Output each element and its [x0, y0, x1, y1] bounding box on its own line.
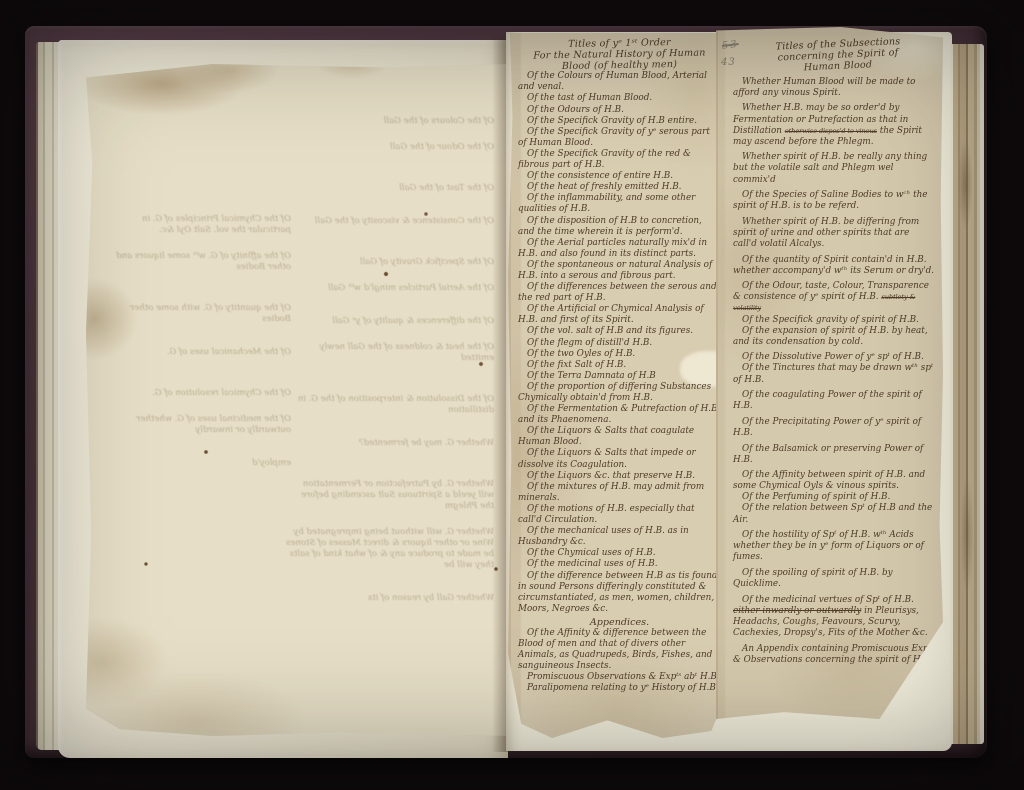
manuscript-text-segment: Appendices. [590, 617, 649, 628]
manuscript-line: Paralipomena relating to yᵉ History of H… [518, 683, 721, 694]
manuscript-text-segment: Of the Colours of Human Blood, Arterial … [518, 71, 707, 92]
manuscript-text-segment: Of the relation between Spᵗ of H.B and t… [733, 503, 932, 524]
manuscript-text-segment: Whether Human Blood will be made to affo… [733, 77, 915, 98]
manuscript-line: Whether spirit of H.B. be really any thi… [733, 152, 935, 185]
manuscript-text-segment: Paralipomena relating to yᵉ History of H… [527, 683, 719, 693]
manuscript-line: Of the differences between the serous an… [518, 282, 721, 304]
showthrough-line: Of the Specifick Gravity of Gall [286, 257, 494, 268]
manuscript-panel-left: Titles of yᵉ 1ˢᵗ Order For the Natural H… [508, 33, 729, 738]
manuscript-text-segment: Of the Species of Saline Bodies to wᶜʰ t… [733, 190, 928, 211]
showthrough-line: Of the quantity of G. with some other Bo… [102, 303, 291, 325]
manuscript-line: Of the flegm of distill'd H.B. [518, 338, 721, 349]
manuscript-line: Of the spoiling of spirit of H.B. by Qui… [733, 568, 935, 590]
manuscript-line: Of the Specifick Gravity of the red & fi… [518, 149, 721, 171]
manuscript-line: Of the expansion of spirit of H.B. by he… [733, 326, 935, 348]
showthrough-line: Of the Mechanical uses of G. [114, 347, 291, 358]
manuscript-line: Of the consistence of entire H.B. [518, 171, 721, 182]
manuscript-line: Of the Specifick Gravity of yᵉ serous pa… [518, 127, 721, 149]
manuscript-line: Of the difference between H.B as tis fou… [518, 571, 721, 615]
manuscript-text-segment: Whether spirit of H.B. be differing from… [733, 217, 919, 249]
manuscript-text-segment: Of the Liquors & Salts that impede or di… [518, 448, 696, 469]
manuscript-line: Of the Affinity & difference between the… [518, 628, 721, 672]
manuscript-text-segment: Of the Balsamick or preserving Power of … [733, 444, 923, 465]
manuscript-line: Of the hostility of Spᵗ of H.B. wᵗʰ Acid… [733, 530, 935, 563]
manuscript-line: Of the Specifick Gravity of H.B entire. [518, 116, 721, 127]
manuscript-line: Of the Odours of H.B. [518, 105, 721, 116]
manuscript-line: Of the Precipitating Power of yᵉ spirit … [733, 417, 935, 439]
manuscript-text-segment: Of the motions of H.B. especially that c… [518, 504, 695, 525]
manuscript-text-segment: Blood (of healthy men) [562, 59, 677, 72]
manuscript-text-segment: Of the Liquors &c. that preserve H.B. [527, 471, 695, 481]
manuscript-line: Of the proportion of differing Substance… [518, 382, 721, 404]
showthrough-line: Of the heat & coldness of the Gall newly… [294, 342, 494, 364]
manuscript-text-segment: Human Blood [803, 60, 872, 74]
manuscript-line: Appendices. [518, 617, 721, 628]
page-edges-right [950, 44, 984, 744]
showthrough-line: Whether G. may be fermented? [294, 438, 494, 449]
manuscript-line: Of the two Oyles of H.B. [518, 349, 721, 360]
showthrough-line: Of the Dissolution & interposition of th… [282, 394, 494, 416]
manuscript-text-segment: Whether spirit of H.B. be really any thi… [733, 152, 927, 184]
manuscript-text-segment: Of the Specifick Gravity of the red & fi… [518, 149, 691, 170]
manuscript-line: Of the Liquors &c. that preserve H.B. [518, 471, 721, 482]
manuscript-text-segment: Of the fixt Salt of H.B. [527, 360, 626, 370]
manuscript-line: Of the Odour, taste, Colour, Transparenc… [733, 281, 935, 314]
manuscript-line: Of the spontaneous or natural Analysis o… [518, 260, 721, 282]
manuscript-line: Of the fixt Salt of H.B. [518, 360, 721, 371]
manuscript-text-segment: either inwardly or outwardly [733, 606, 861, 616]
showthrough-line: Of the Chymical Principles of G. in part… [106, 214, 291, 236]
showthrough-line: Of the Aerial Particles mingl'd wᵗʰ Gall [282, 283, 494, 294]
manuscript-text-segment: Of the Precipitating Power of yᵉ spirit … [733, 417, 921, 438]
manuscript-line: An Appendix containing Promiscuous Expᵗˢ… [733, 644, 935, 666]
left-page-pasted-sheet: Of the Chymical Principles of G. in part… [86, 64, 508, 736]
manuscript-line: Of the relation between Spᵗ of H.B and t… [733, 503, 935, 525]
manuscript-line: Of the Liquors & Salts that coagulate Hu… [518, 426, 721, 448]
manuscript-text-segment: Of the Affinity between spirit of H.B. a… [733, 470, 925, 491]
manuscript-text-segment: otherwise dispos'd to vinous [785, 127, 877, 135]
manuscript-line: Of the Chymical uses of H.B. [518, 548, 721, 559]
manuscript-text-segment: Of the differences between the serous an… [518, 282, 717, 303]
manuscript-line: Whether spirit of H.B. be differing from… [733, 217, 935, 250]
manuscript-line: Of the Colours of Human Blood, Arterial … [518, 71, 721, 93]
showthrough-text-inner: Of the Colours of the Gall Of the Odour … [286, 116, 494, 619]
manuscript-text-segment: Of the inflammability, and some other qu… [518, 193, 695, 214]
showthrough-line: Of the Odour of the Gall [294, 142, 494, 153]
showthrough-line: Whether Gall by reason of its [286, 593, 494, 604]
showthrough-line: Of the Chymical resolution of G. [106, 388, 291, 399]
manuscript-text-segment: Of the coagulating Power of the spirit o… [733, 390, 922, 411]
manuscript-text-segment: Of the Odours of H.B. [527, 105, 624, 115]
manuscript-text-segment: Of the proportion of differing Substance… [518, 382, 711, 403]
manuscript-text-segment: Of the spontaneous or natural Analysis o… [518, 260, 712, 281]
showthrough-line: Of the Consistence & viscosity of the Ga… [294, 216, 494, 227]
manuscript-line: Of the Terra Damnata of H.B [518, 371, 721, 382]
manuscript-text-segment: Of the disposition of H.B to concretion,… [518, 216, 702, 237]
manuscript-line: Of the Specifick gravity of spirit of H.… [733, 315, 935, 326]
manuscript-line: Of the Fermentation & Putrefaction of H.… [518, 404, 721, 426]
manuscript-line: Of the Balsamick or preserving Power of … [733, 444, 935, 466]
manuscript-line: Of the motions of H.B. especially that c… [518, 504, 721, 526]
manuscript-line: Of the Dissolutive Power of yᵉ spᵗ of H.… [733, 352, 935, 363]
manuscript-text-segment: Of the Dissolutive Power of yᵉ spᵗ of H.… [742, 352, 924, 362]
manuscript-text-segment: Of the Fermentation & Putrefaction of H.… [518, 404, 720, 425]
manuscript-line: Promiscuous Observations & Expᵗˢ abᵗ H.B… [518, 672, 721, 683]
manuscript-text-segment: Of the heat of freshly emitted H.B. [527, 182, 681, 192]
manuscript-line: Of the tast of Human Blood. [518, 93, 721, 104]
manuscript-line: Of the heat of freshly emitted H.B. [518, 182, 721, 193]
manuscript-line: Of the disposition of H.B to concretion,… [518, 216, 721, 238]
manuscript-line: Whether H.B. may be so order'd by Fermen… [733, 103, 935, 147]
manuscript-text-segment: Of the quantity of Spirit contain'd in H… [733, 255, 934, 276]
manuscript-text-segment: Of the difference between H.B as tis fou… [518, 571, 718, 614]
manuscript-text-segment: Of the Artificial or Chymical Analysis o… [518, 304, 704, 325]
manuscript-text-segment: Of the Liquors & Salts that coagulate Hu… [518, 426, 694, 447]
manuscript-text-segment: Of the spoiling of spirit of H.B. by Qui… [733, 568, 893, 589]
manuscript-line: Of the medicinal vertues of Spᵗ of H.B. … [733, 595, 935, 639]
manuscript-line: Of the quantity of Spirit contain'd in H… [733, 255, 935, 277]
manuscript-text-segment: Of the Chymical uses of H.B. [527, 548, 656, 558]
showthrough-text-outer: Of the Chymical Principles of G. in part… [106, 214, 291, 484]
manuscript-text-segment: Of the two Oyles of H.B. [527, 349, 635, 359]
manuscript-text-segment: Of the hostility of Spᵗ of H.B. wᵗʰ Acid… [733, 530, 924, 562]
showthrough-line: Of the Tast of the Gall [282, 183, 494, 194]
right-column-titles-subsections: Titles of the Subsections concerning the… [733, 39, 935, 666]
manuscript-line: Of the Aerial particles naturally mix'd … [518, 238, 721, 260]
manuscript-line: Of the Species of Saline Bodies to wᶜʰ t… [733, 190, 935, 212]
manuscript-text-segment: Of the expansion of spirit of H.B. by he… [733, 326, 928, 347]
manuscript-line: Whether Human Blood will be made to affo… [733, 77, 935, 99]
manuscript-text-segment: Of the mixtures of H.B. may admit from m… [518, 482, 704, 503]
manuscript-line: Of the inflammability, and some other qu… [518, 193, 721, 215]
manuscript-line: Of the mechanical uses of H.B. as in Hus… [518, 526, 721, 548]
manuscript-panel-right: Titles of the Subsections concerning the… [716, 27, 943, 719]
manuscript-line: Of the Perfuming of spirit of H.B. [733, 492, 935, 503]
struck-page-number: 53 [721, 39, 739, 52]
manuscript-line: Of the Artificial or Chymical Analysis o… [518, 304, 721, 326]
showthrough-line: Of the medicinal uses of G. whether outw… [102, 414, 291, 436]
manuscript-text-segment: Of the Affinity & difference between the… [518, 628, 712, 671]
manuscript-line: Of the mixtures of H.B. may admit from m… [518, 482, 721, 504]
photograph-of-open-manuscript-volume: Of the Chymical Principles of G. in part… [0, 0, 1024, 790]
manuscript-text-segment: Of the Specifick Gravity of H.B entire. [527, 116, 697, 126]
manuscript-text-segment: Of the vol. salt of H.B and its figures. [527, 326, 693, 336]
manuscript-text-segment: Of the flegm of distill'd H.B. [527, 338, 652, 348]
manuscript-text-segment: Of the Aerial particles naturally mix'd … [518, 238, 707, 259]
manuscript-text-segment: Of the Tinctures that may be drawn wᵗʰ s… [733, 363, 933, 384]
manuscript-text-segment: Of the Specifick gravity of spirit of H.… [742, 315, 919, 325]
showthrough-line: Whether G. will without being impregnate… [282, 527, 494, 571]
showthrough-line: Whether G. by Putrefaction or Fermentati… [286, 479, 494, 512]
manuscript-text-segment: Of the Specifick Gravity of yᵉ serous pa… [518, 127, 710, 148]
manuscript-text-segment: Promiscuous Observations & Expᵗˢ abᵗ H.B… [527, 672, 720, 682]
manuscript-text-segment: Of the tast of Human Blood. [527, 93, 652, 103]
manuscript-line: Of the Affinity between spirit of H.B. a… [733, 470, 935, 492]
folio-page-number: 43 [721, 57, 736, 68]
showthrough-line: Of the Colours of the Gall [286, 116, 494, 127]
showthrough-line: Of the differences & quality of yᵉ Gall [286, 316, 494, 327]
showthrough-line: employ'd [106, 458, 291, 469]
manuscript-line: Of the Tinctures that may be drawn wᵗʰ s… [733, 363, 935, 385]
manuscript-line: Of the Liquors & Salts that impede or di… [518, 448, 721, 470]
showthrough-line: Of the affinity of G. wᵗʰ some liquors a… [114, 251, 291, 273]
manuscript-text-segment: An Appendix containing Promiscuous Expᵗˢ… [733, 644, 934, 665]
manuscript-text-segment: Of the Perfuming of spirit of H.B. [742, 492, 890, 502]
manuscript-text-segment: Of the medicinal vertues of Spᵗ of H.B. [742, 595, 914, 605]
manuscript-line: Of the coagulating Power of the spirit o… [733, 390, 935, 412]
manuscript-line: Of the medicinal uses of H.B. [518, 559, 721, 570]
manuscript-text-segment: Of the mechanical uses of H.B. as in Hus… [518, 526, 689, 547]
manuscript-text-segment: Of the consistence of entire H.B. [527, 171, 673, 181]
left-column-titles-first-order: Titles of yᵉ 1ˢᵗ Order For the Natural H… [518, 38, 721, 695]
manuscript-line: Of the vol. salt of H.B and its figures. [518, 326, 721, 337]
manuscript-text-segment: Of the medicinal uses of H.B. [527, 559, 658, 569]
manuscript-text-segment: Of the Terra Damnata of H.B [527, 371, 656, 381]
